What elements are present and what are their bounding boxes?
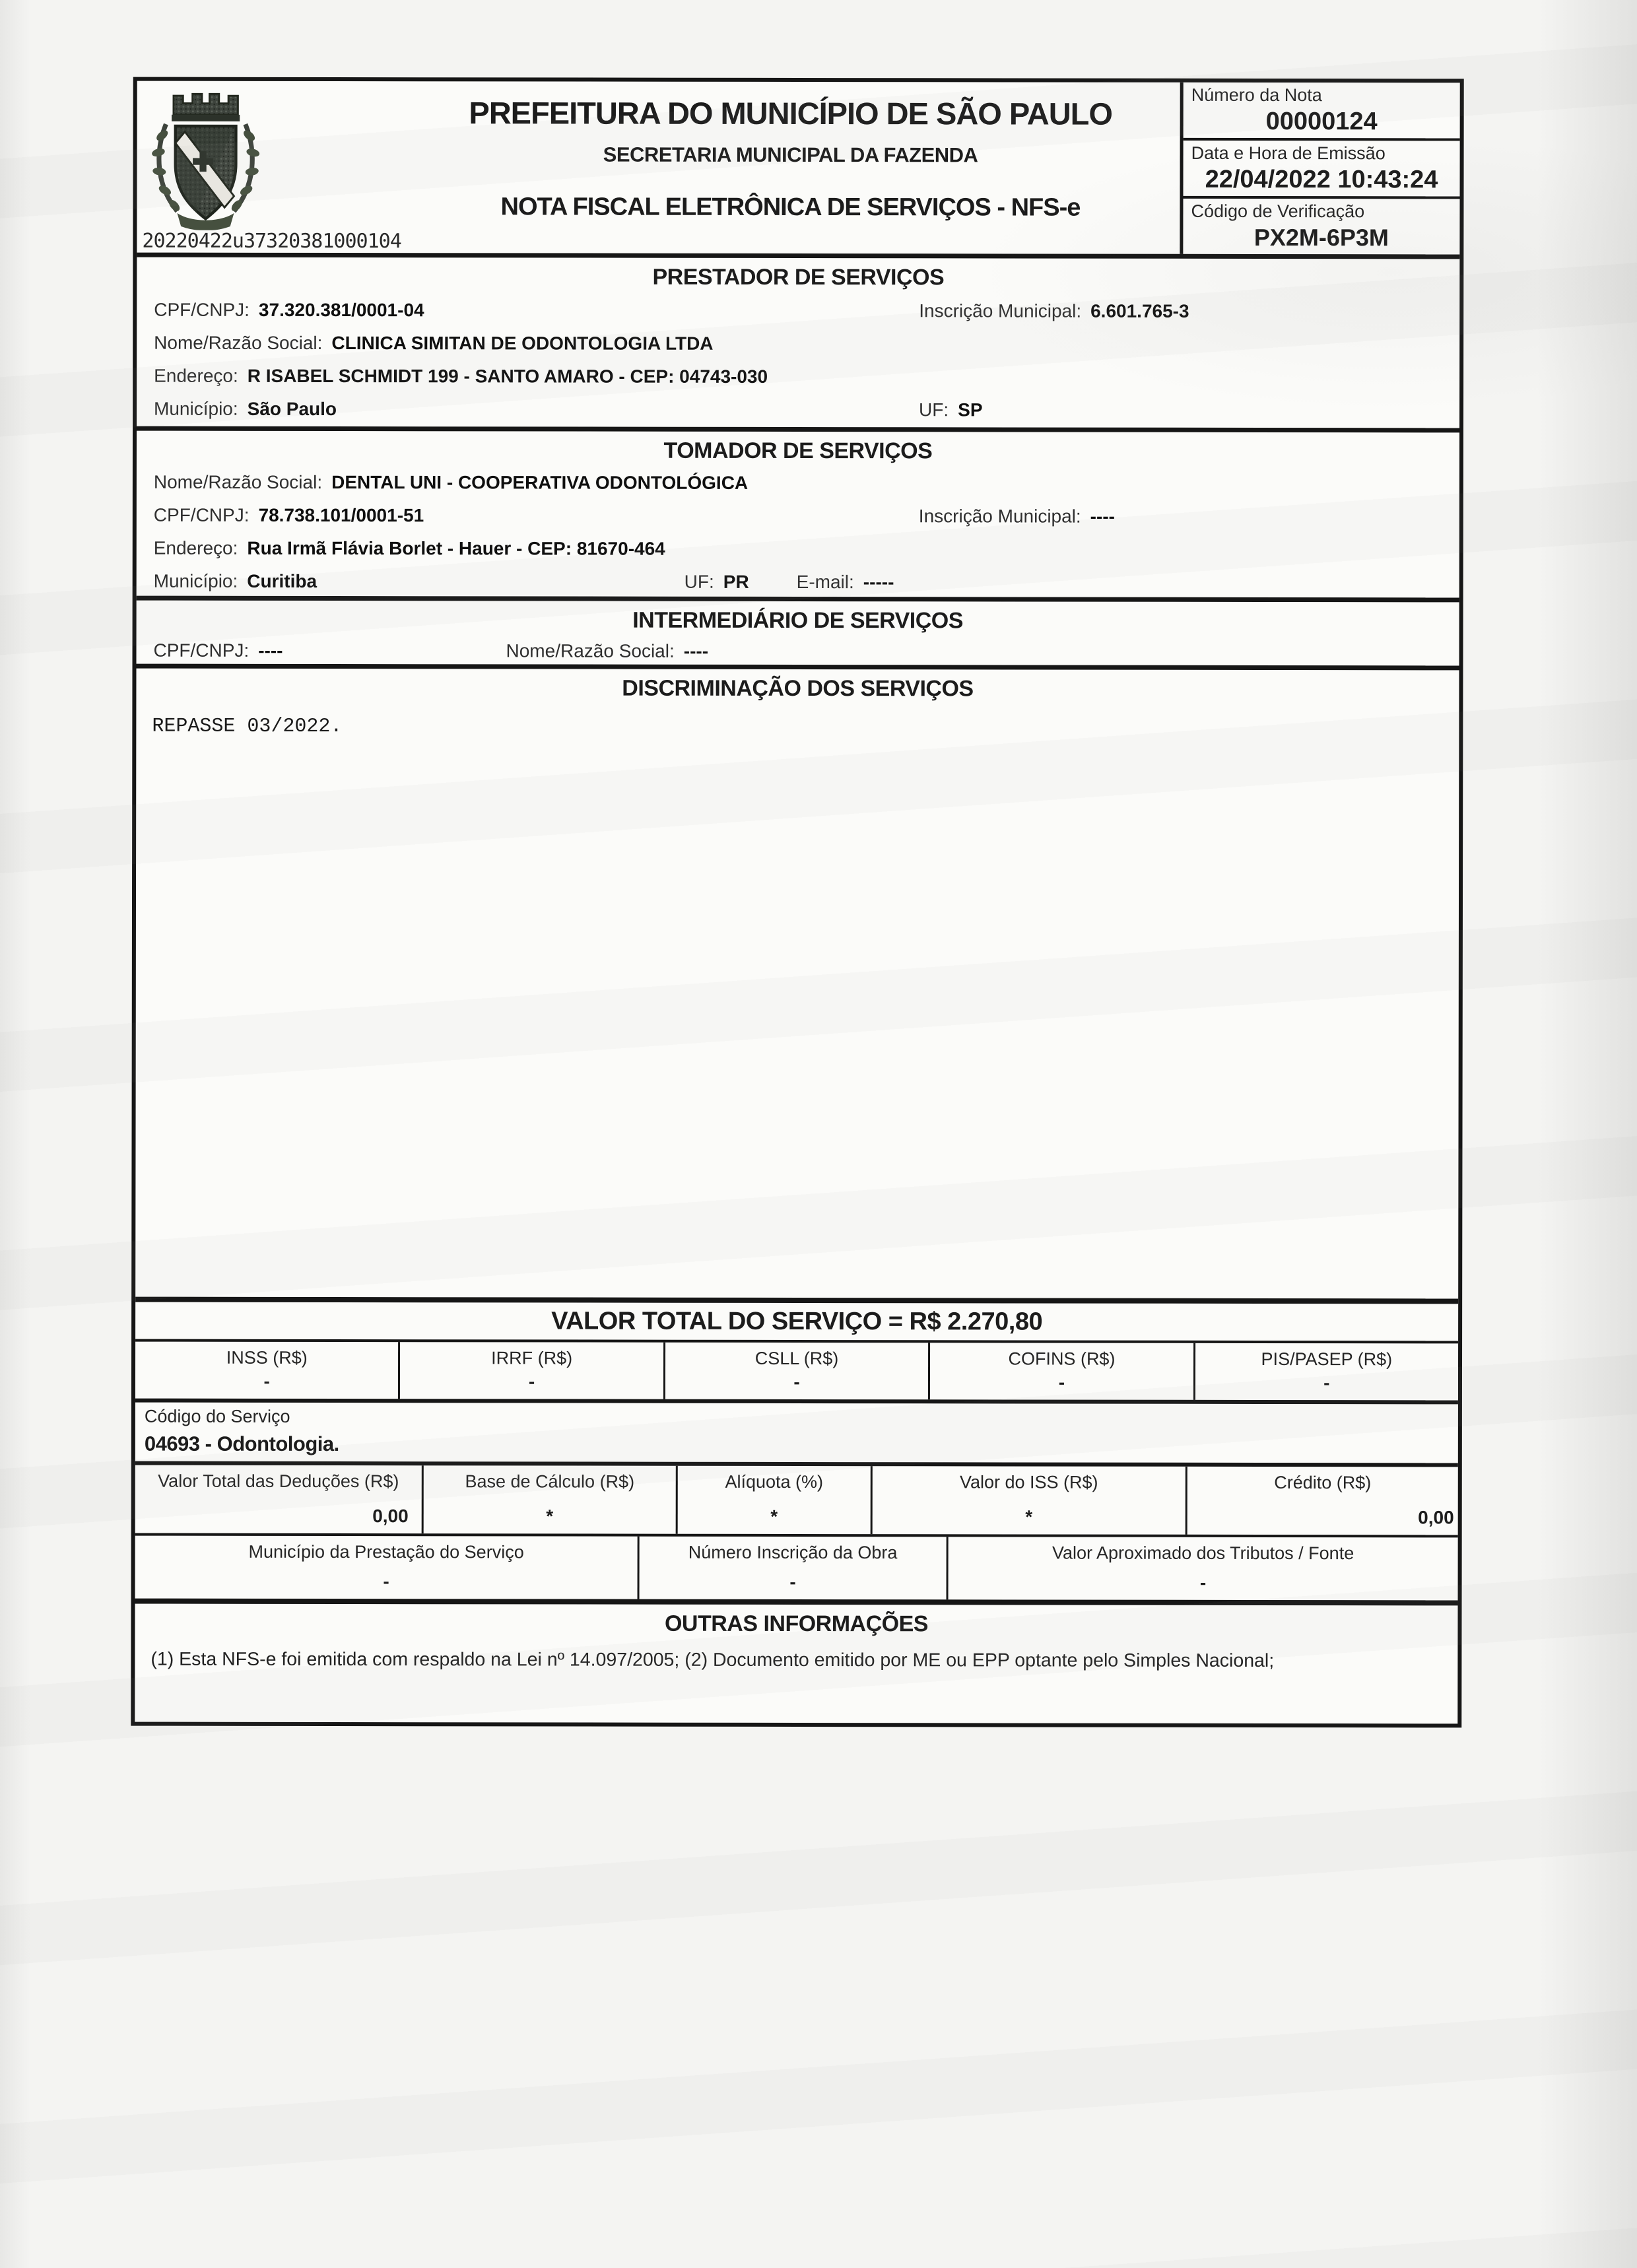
tomador-municipio-label: Município:	[154, 571, 238, 592]
impostos-pis-label: PIS/PASEP (R$)	[1195, 1343, 1458, 1370]
calculo-aliquota-label: Alíquota (%)	[678, 1466, 871, 1492]
impostos-inss-value: -	[135, 1368, 398, 1399]
prestador-nome-value: CLINICA SIMITAN DE ODONTOLOGIA LTDA	[331, 333, 713, 354]
verification-code-cell: Código de Verificação PX2M-6P3M	[1183, 196, 1459, 255]
verification-code-label: Código de Verificação	[1183, 199, 1459, 222]
nfse-document: 20220422u37320381000104 PREFEITURA DO MU…	[131, 77, 1463, 1728]
header-logo-area: 20220422u37320381000104	[137, 81, 401, 253]
local-municipio-value: -	[135, 1562, 638, 1599]
calculo-col-base: Base de Cálculo (R$) *	[424, 1465, 678, 1534]
calculo-col-aliquota: Alíquota (%) *	[678, 1466, 873, 1534]
impostos-col-pis: PIS/PASEP (R$) -	[1195, 1343, 1459, 1401]
outras-text: (1) Esta NFS-e foi emitida com respaldo …	[135, 1636, 1434, 1675]
document-title: PREFEITURA DO MUNICÍPIO DE SÃO PAULO	[469, 97, 1112, 129]
tomador-inscricao: Inscrição Municipal: ----	[919, 506, 1115, 527]
document-type: NOTA FISCAL ELETRÔNICA DE SERVIÇOS - NFS…	[501, 193, 1081, 222]
intermediario-nome-value: ----	[684, 641, 708, 662]
calculo-deducoes-label: Valor Total das Deduções (R$)	[135, 1465, 422, 1492]
tomador-email: E-mail: -----	[797, 572, 894, 593]
discriminacao-text: REPASSE 03/2022.	[136, 701, 1459, 740]
local-obra-label: Número Inscrição da Obra	[640, 1537, 947, 1564]
table-calculo: Valor Total das Deduções (R$) 0,00 Base …	[135, 1465, 1458, 1538]
nota-info-panel: Número da Nota 00000124 Data e Hora de E…	[1180, 83, 1459, 255]
calculo-col-credito: Crédito (R$) 0,00	[1187, 1467, 1458, 1535]
prestador-inscricao-value: 6.601.765-3	[1090, 301, 1189, 322]
calculo-iss-value: *	[873, 1492, 1186, 1535]
tomador-uf: UF: PR	[685, 572, 749, 593]
tomador-uf-label: UF:	[685, 572, 714, 593]
tomador-nome-value: DENTAL UNI - COOPERATIVA ODONTOLÓGICA	[331, 472, 748, 494]
intermediario-row: CPF/CNPJ: ---- Nome/Razão Social: ----	[136, 634, 1459, 669]
section-discriminacao: DISCRIMINAÇÃO DOS SERVIÇOS REPASSE 03/20…	[135, 669, 1459, 1304]
calculo-base-value: *	[424, 1492, 676, 1534]
impostos-inss-label: INSS (R$)	[135, 1342, 398, 1369]
local-col-obra: Número Inscrição da Obra -	[640, 1537, 949, 1600]
document-header: 20220422u37320381000104 PREFEITURA DO MU…	[137, 81, 1459, 259]
local-col-tributos: Valor Aproximado dos Tributos / Fonte -	[949, 1537, 1458, 1600]
tomador-title: TOMADOR DE SERVIÇOS	[137, 431, 1459, 465]
intermediario-nome: Nome/Razão Social: ----	[506, 640, 709, 661]
impostos-col-inss: INSS (R$) -	[135, 1342, 401, 1399]
scan-code: 20220422u37320381000104	[142, 230, 401, 253]
intermediario-nome-label: Nome/Razão Social:	[506, 640, 675, 661]
impostos-irrf-label: IRRF (R$)	[400, 1342, 663, 1369]
prestador-cpf-value: 37.320.381/0001-04	[259, 300, 424, 321]
tomador-email-value: -----	[863, 572, 894, 593]
impostos-cofins-label: COFINS (R$)	[930, 1343, 1193, 1370]
local-col-municipio: Município da Prestação do Serviço -	[135, 1536, 640, 1599]
emission-datetime-label: Data e Hora de Emissão	[1184, 141, 1460, 164]
table-impostos: INSS (R$) - IRRF (R$) - CSLL (R$) - COFI…	[135, 1342, 1458, 1405]
nota-number-value: 00000124	[1184, 106, 1460, 139]
impostos-cofins-value: -	[930, 1369, 1193, 1400]
emission-datetime-value: 22/04/2022 10:43:24	[1183, 164, 1459, 197]
tomador-cpf-value: 78.738.101/0001-51	[258, 505, 424, 526]
verification-code-value: PX2M-6P3M	[1183, 222, 1459, 255]
local-obra-value: -	[640, 1563, 947, 1600]
prestador-row-nome: Nome/Razão Social: CLINICA SIMITAN DE OD…	[137, 327, 1459, 362]
codigo-servico-value: 04693 - Odontologia.	[145, 1432, 1458, 1458]
calculo-aliquota-value: *	[678, 1492, 871, 1534]
tomador-inscricao-label: Inscrição Municipal:	[919, 506, 1081, 527]
tomador-endereco-label: Endereço:	[154, 538, 238, 559]
prestador-nome-label: Nome/Razão Social:	[154, 333, 322, 354]
prestador-inscricao: Inscrição Municipal: 6.601.765-3	[919, 300, 1189, 322]
section-prestador: PRESTADOR DE SERVIÇOS CPF/CNPJ: 37.320.3…	[137, 257, 1459, 433]
emission-datetime-cell: Data e Hora de Emissão 22/04/2022 10:43:…	[1183, 138, 1459, 197]
codigo-servico-label: Código do Serviço	[145, 1407, 1458, 1429]
impostos-irrf-value: -	[400, 1368, 663, 1399]
outras-title: OUTRAS INFORMAÇÕES	[135, 1604, 1457, 1638]
local-tributos-value: -	[949, 1563, 1458, 1600]
intermediario-title: INTERMEDIÁRIO DE SERVIÇOS	[137, 601, 1459, 635]
section-codigo-servico: Código do Serviço 04693 - Odontologia.	[135, 1403, 1458, 1467]
tomador-uf-value: PR	[723, 572, 749, 593]
prestador-uf-label: UF:	[919, 399, 949, 420]
impostos-col-cofins: COFINS (R$) -	[930, 1343, 1195, 1400]
intermediario-cpf-label: CPF/CNPJ:	[154, 640, 250, 661]
impostos-csll-label: CSLL (R$)	[665, 1343, 928, 1370]
document-subtitle: SECRETARIA MUNICIPAL DA FAZENDA	[603, 143, 978, 168]
prestador-municipio-label: Município:	[154, 399, 238, 420]
tomador-row-municipio: Município: Curitiba UF: PR E-mail: -----	[137, 565, 1459, 600]
prestador-endereco-value: R ISABEL SCHMIDT 199 - SANTO AMARO - CEP…	[248, 366, 768, 387]
nota-number-label: Número da Nota	[1184, 83, 1460, 106]
prestador-row-municipio: Município: São Paulo UF: SP	[137, 393, 1459, 428]
impostos-col-csll: CSLL (R$) -	[665, 1343, 931, 1400]
tomador-cpf-label: CPF/CNPJ:	[154, 505, 250, 526]
calculo-col-iss: Valor do ISS (R$) *	[873, 1466, 1187, 1535]
prestador-uf-value: SP	[958, 399, 982, 420]
prestador-cpf-label: CPF/CNPJ:	[154, 300, 250, 321]
tomador-inscricao-value: ----	[1090, 506, 1115, 527]
intermediario-cpf-value: ----	[258, 640, 283, 661]
calculo-col-deducoes: Valor Total das Deduções (R$) 0,00	[135, 1465, 424, 1534]
prestador-municipio-value: São Paulo	[248, 399, 337, 420]
calculo-iss-label: Valor do ISS (R$)	[873, 1466, 1186, 1493]
calculo-credito-value: 0,00	[1187, 1493, 1458, 1535]
header-titles: PREFEITURA DO MUNICÍPIO DE SÃO PAULO SEC…	[401, 81, 1180, 254]
valor-total-line: VALOR TOTAL DO SERVIÇO = R$ 2.270,80	[551, 1307, 1042, 1336]
tomador-municipio-value: Curitiba	[247, 571, 317, 592]
section-intermediario: INTERMEDIÁRIO DE SERVIÇOS CPF/CNPJ: ----…	[136, 601, 1459, 671]
impostos-col-irrf: IRRF (R$) -	[400, 1342, 665, 1399]
table-local: Município da Prestação do Serviço - Núme…	[135, 1536, 1458, 1606]
calculo-credito-label: Crédito (R$)	[1187, 1467, 1458, 1494]
discriminacao-title: DISCRIMINAÇÃO DOS SERVIÇOS	[136, 669, 1459, 703]
local-tributos-label: Valor Aproximado dos Tributos / Fonte	[949, 1537, 1458, 1564]
section-outras-informacoes: OUTRAS INFORMAÇÕES (1) Esta NFS-e foi em…	[135, 1604, 1457, 1724]
calculo-deducoes-value: 0,00	[135, 1492, 422, 1534]
prestador-uf: UF: SP	[919, 399, 983, 420]
prestador-inscricao-label: Inscrição Municipal:	[919, 300, 1081, 321]
sao-paulo-coat-of-arms-icon	[149, 86, 262, 230]
tomador-row-cpf: CPF/CNPJ: 78.738.101/0001-51 Inscrição M…	[137, 499, 1459, 534]
nota-number-cell: Número da Nota 00000124	[1184, 83, 1460, 139]
tomador-email-label: E-mail:	[797, 572, 854, 593]
tomador-endereco-value: Rua Irmã Flávia Borlet - Hauer - CEP: 81…	[247, 538, 665, 560]
tomador-nome-label: Nome/Razão Social:	[154, 472, 322, 493]
prestador-title: PRESTADOR DE SERVIÇOS	[137, 257, 1459, 292]
tomador-row-nome: Nome/Razão Social: DENTAL UNI - COOPERAT…	[137, 466, 1459, 501]
tomador-row-endereco: Endereço: Rua Irmã Flávia Borlet - Hauer…	[137, 532, 1459, 567]
impostos-csll-value: -	[665, 1369, 928, 1400]
impostos-pis-value: -	[1195, 1370, 1458, 1401]
section-tomador: TOMADOR DE SERVIÇOS Nome/Razão Social: D…	[137, 431, 1459, 603]
calculo-base-label: Base de Cálculo (R$)	[424, 1465, 676, 1492]
prestador-endereco-label: Endereço:	[154, 366, 238, 387]
local-municipio-label: Município da Prestação do Serviço	[135, 1536, 638, 1563]
prestador-row-cpf: CPF/CNPJ: 37.320.381/0001-04 Inscrição M…	[137, 294, 1459, 329]
section-valor-total: VALOR TOTAL DO SERVIÇO = R$ 2.270,80	[135, 1302, 1458, 1344]
prestador-row-endereco: Endereço: R ISABEL SCHMIDT 199 - SANTO A…	[137, 360, 1459, 395]
